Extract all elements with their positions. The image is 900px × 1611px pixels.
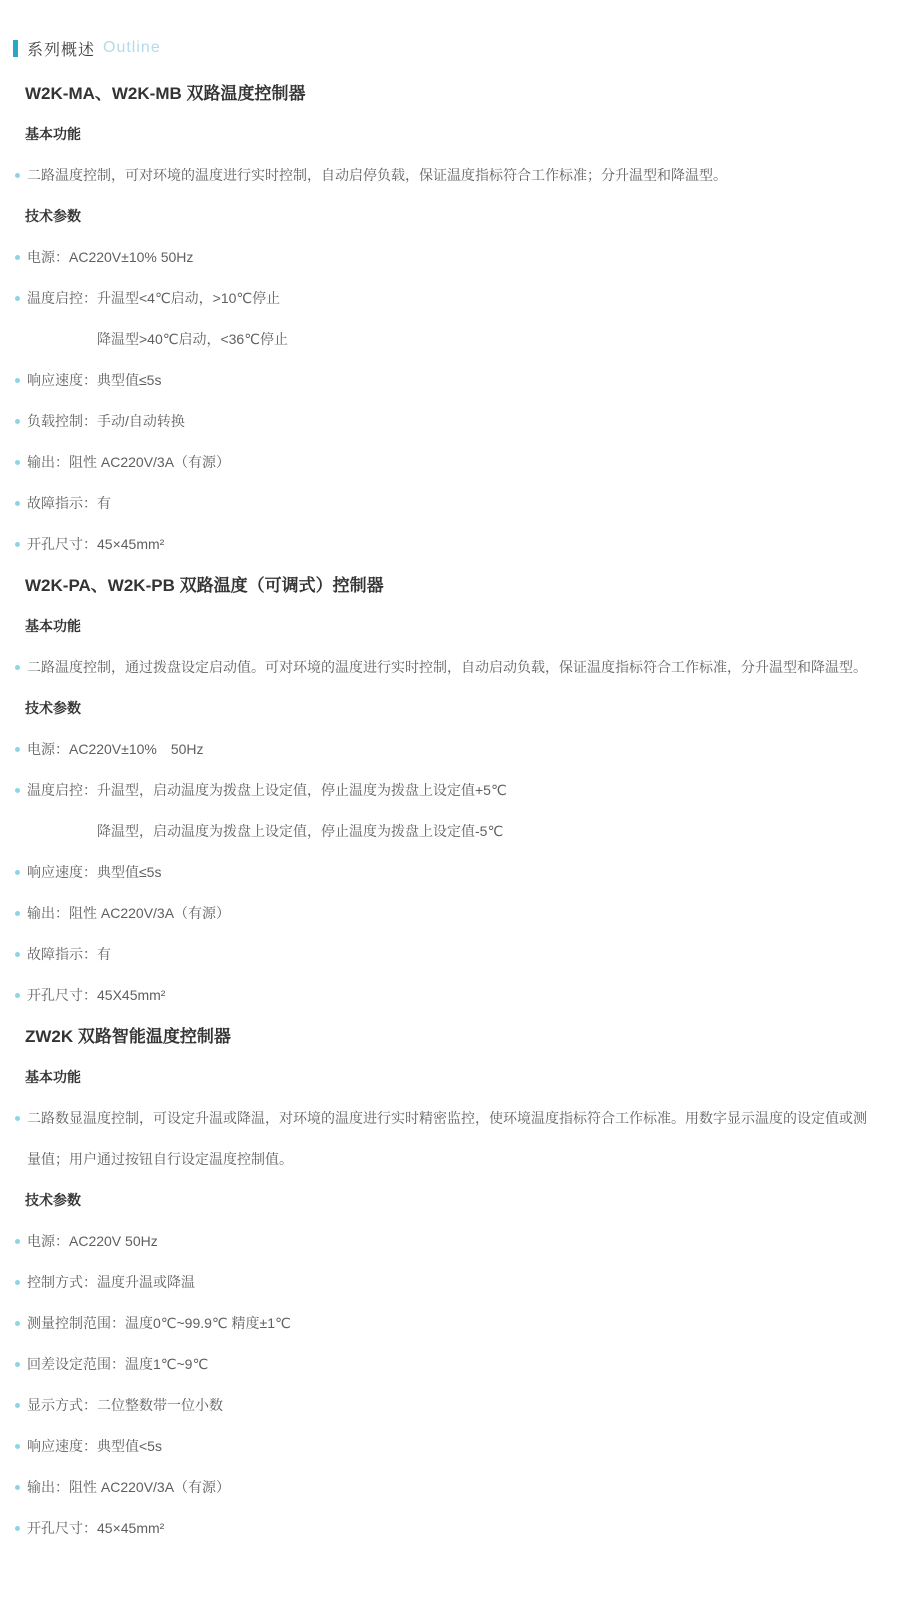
spec-row: 测量控制范围：温度0℃~99.9℃ 精度±1℃: [0, 1303, 900, 1344]
bullet-icon: [15, 501, 20, 506]
bullet-icon: [15, 1362, 20, 1367]
spec-text: 响应速度：典型值<5s: [27, 1438, 162, 1454]
spec-text: 开孔尺寸：45×45mm²: [27, 1520, 164, 1536]
spec-text: 回差设定范围：温度1℃~9℃: [27, 1356, 208, 1372]
bullet-icon: [15, 747, 20, 752]
bullet-icon: [15, 460, 20, 465]
spec-row: 输出：阻性 AC220V/3A（有源）: [0, 442, 900, 483]
spec-row: 二路温度控制，可对环境的温度进行实时控制，自动启停负载，保证温度指标符合工作标准…: [0, 155, 900, 196]
bullet-icon: [15, 665, 20, 670]
spec-row: 输出：阻性 AC220V/3A（有源）: [0, 1467, 900, 1508]
spec-row: 温度启控：升温型<4℃启动，>10℃停止: [0, 278, 900, 319]
content: W2K-MA、W2K-MB 双路温度控制器 基本功能 二路温度控制，可对环境的温…: [0, 73, 900, 1549]
spec-text: 温度启控：升温型，启动温度为拨盘上设定值，停止温度为拨盘上设定值+5℃: [27, 782, 507, 798]
spec-row: 电源：AC220V±10% 50Hz: [0, 729, 900, 770]
bullet-icon: [15, 419, 20, 424]
spec-text: 响应速度：典型值≤5s: [27, 864, 161, 880]
spec-row-continuation: 降温型>40℃启动，<36℃停止: [0, 319, 900, 360]
spec-row: 电源：AC220V±10% 50Hz: [0, 237, 900, 278]
spec-row: 回差设定范围：温度1℃~9℃: [0, 1344, 900, 1385]
bullet-icon: [15, 1116, 20, 1121]
spec-text: 二路温度控制，可对环境的温度进行实时控制，自动启停负载，保证温度指标符合工作标准…: [27, 167, 727, 183]
product-title-zw2k: ZW2K 双路智能温度控制器: [0, 1016, 900, 1057]
spec-text: 显示方式：二位整数带一位小数: [27, 1397, 223, 1413]
spec-text: 二路温度控制，通过拨盘设定启动值。可对环境的温度进行实时控制，自动启动负载，保证…: [27, 659, 867, 675]
bullet-icon: [15, 788, 20, 793]
spec-row: 输出：阻性 AC220V/3A（有源）: [0, 893, 900, 934]
section-title-zh: 系列概述: [27, 37, 95, 60]
bullet-icon: [15, 1485, 20, 1490]
spec-row: 响应速度：典型值≤5s: [0, 360, 900, 401]
spec-text: 输出：阻性 AC220V/3A（有源）: [27, 1479, 230, 1495]
spec-text: 输出：阻性 AC220V/3A（有源）: [27, 905, 230, 921]
spec-row: 开孔尺寸：45×45mm²: [0, 524, 900, 565]
spec-text: 控制方式：温度升温或降温: [27, 1274, 195, 1290]
bullet-icon: [15, 378, 20, 383]
spec-row: 响应速度：典型值<5s: [0, 1426, 900, 1467]
bullet-icon: [15, 1321, 20, 1326]
spec-text: 电源：AC220V±10% 50Hz: [27, 249, 193, 265]
spec-text: 降温型>40℃启动，<36℃停止: [97, 331, 288, 347]
spec-row: 电源：AC220V 50Hz: [0, 1221, 900, 1262]
spec-text: 开孔尺寸：45X45mm²: [27, 987, 165, 1003]
spec-row: 响应速度：典型值≤5s: [0, 852, 900, 893]
spec-text: 降温型，启动温度为拨盘上设定值，停止温度为拨盘上设定值-5℃: [97, 823, 503, 839]
section-header: 系列概述 Outline: [13, 36, 900, 60]
spec-text: 电源：AC220V 50Hz: [27, 1233, 158, 1249]
sub-heading-basic-functions: 基本功能: [0, 606, 900, 647]
sub-heading-tech-params: 技术参数: [0, 1180, 900, 1221]
sub-heading-basic-functions: 基本功能: [0, 1057, 900, 1098]
spec-row: 开孔尺寸：45×45mm²: [0, 1508, 900, 1549]
spec-row: 显示方式：二位整数带一位小数: [0, 1385, 900, 1426]
sub-heading-basic-functions: 基本功能: [0, 114, 900, 155]
bullet-icon: [15, 255, 20, 260]
bullet-icon: [15, 911, 20, 916]
spec-text: 故障指示：有: [27, 495, 111, 511]
spec-row: 开孔尺寸：45X45mm²: [0, 975, 900, 1016]
bullet-icon: [15, 173, 20, 178]
bullet-icon: [15, 1239, 20, 1244]
spec-row: 二路温度控制，通过拨盘设定启动值。可对环境的温度进行实时控制，自动启动负载，保证…: [0, 647, 900, 688]
spec-row: 负载控制：手动/自动转换: [0, 401, 900, 442]
bullet-icon: [15, 1280, 20, 1285]
spec-row: 故障指示：有: [0, 483, 900, 524]
spec-row-continuation: 降温型，启动温度为拨盘上设定值，停止温度为拨盘上设定值-5℃: [0, 811, 900, 852]
spec-row: 控制方式：温度升温或降温: [0, 1262, 900, 1303]
sub-heading-tech-params: 技术参数: [0, 688, 900, 729]
product-title-w2k-ma-mb: W2K-MA、W2K-MB 双路温度控制器: [0, 73, 900, 114]
spec-text: 故障指示：有: [27, 946, 111, 962]
spec-text: 负载控制：手动/自动转换: [27, 413, 185, 429]
spec-text: 响应速度：典型值≤5s: [27, 372, 161, 388]
accent-bar-icon: [13, 40, 18, 57]
spec-row: 二路数显温度控制，可设定升温或降温，对环境的温度进行实时精密监控，使环境温度指标…: [0, 1098, 900, 1180]
bullet-icon: [15, 296, 20, 301]
spec-text: 输出：阻性 AC220V/3A（有源）: [27, 454, 230, 470]
bullet-icon: [15, 542, 20, 547]
sub-heading-tech-params: 技术参数: [0, 196, 900, 237]
bullet-icon: [15, 993, 20, 998]
spec-text: 电源：AC220V±10% 50Hz: [27, 741, 204, 757]
bullet-icon: [15, 1403, 20, 1408]
spec-text: 温度启控：升温型<4℃启动，>10℃停止: [27, 290, 280, 306]
spec-text: 二路数显温度控制，可设定升温或降温，对环境的温度进行实时精密监控，使环境温度指标…: [27, 1110, 867, 1167]
spec-text: 测量控制范围：温度0℃~99.9℃ 精度±1℃: [27, 1315, 291, 1331]
bullet-icon: [15, 1444, 20, 1449]
section-title-en: Outline: [103, 39, 161, 57]
spec-row: 故障指示：有: [0, 934, 900, 975]
product-title-w2k-pa-pb: W2K-PA、W2K-PB 双路温度（可调式）控制器: [0, 565, 900, 606]
bullet-icon: [15, 1526, 20, 1531]
page: 系列概述 Outline W2K-MA、W2K-MB 双路温度控制器 基本功能 …: [0, 0, 900, 1611]
bullet-icon: [15, 952, 20, 957]
bullet-icon: [15, 870, 20, 875]
spec-row: 温度启控：升温型，启动温度为拨盘上设定值，停止温度为拨盘上设定值+5℃: [0, 770, 900, 811]
spec-text: 开孔尺寸：45×45mm²: [27, 536, 164, 552]
